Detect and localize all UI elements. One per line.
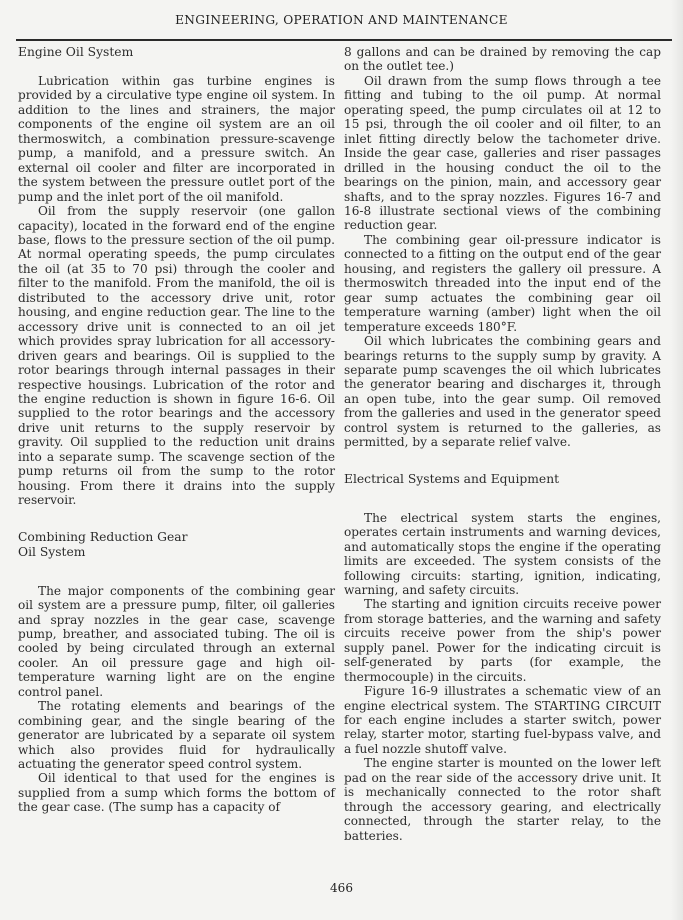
paragraph: The electrical system starts the engines… <box>344 511 661 598</box>
page-number: 466 <box>0 881 683 895</box>
paragraph: The major components of the combining ge… <box>18 584 335 700</box>
section-heading-combining-reduction-gear: Combining Reduction Gear Oil System <box>18 530 335 560</box>
heading-line: Oil System <box>18 545 85 559</box>
spacer <box>344 487 661 511</box>
right-column: 8 gallons and can be drained by removing… <box>344 45 661 843</box>
paragraph: The combining gear oil-pressure indicato… <box>344 233 661 334</box>
section-heading-electrical-systems: Electrical Systems and Equipment <box>344 472 661 487</box>
paragraph: Figure 16-9 illustrates a schematic view… <box>344 684 661 756</box>
paragraph: Oil from the supply reservoir (one gallo… <box>18 204 335 508</box>
page-edge-shadow <box>671 0 683 920</box>
paragraph: The rotating elements and bearings of th… <box>18 699 335 771</box>
paragraph: The engine starter is mounted on the low… <box>344 756 661 843</box>
section-heading-engine-oil-system: Engine Oil System <box>18 45 335 60</box>
paragraph: The starting and ignition circuits recei… <box>344 597 661 684</box>
spacer <box>18 560 335 584</box>
paragraph: Oil which lubricates the combining gears… <box>344 334 661 450</box>
left-column: Engine Oil System Lubrication within gas… <box>18 45 335 815</box>
heading-line: Combining Reduction Gear <box>18 530 187 544</box>
spacer <box>18 508 335 530</box>
spacer <box>18 60 335 74</box>
paragraph: Oil drawn from the sump flows through a … <box>344 74 661 233</box>
header-rule <box>16 39 672 41</box>
paragraph-continuation: 8 gallons and can be drained by removing… <box>344 45 661 74</box>
running-header-title: ENGINEERING, OPERATION AND MAINTENANCE <box>0 13 683 27</box>
paragraph: Oil identical to that used for the engin… <box>18 771 335 814</box>
spacer <box>344 450 661 472</box>
paragraph: Lubrication within gas turbine engines i… <box>18 74 335 204</box>
